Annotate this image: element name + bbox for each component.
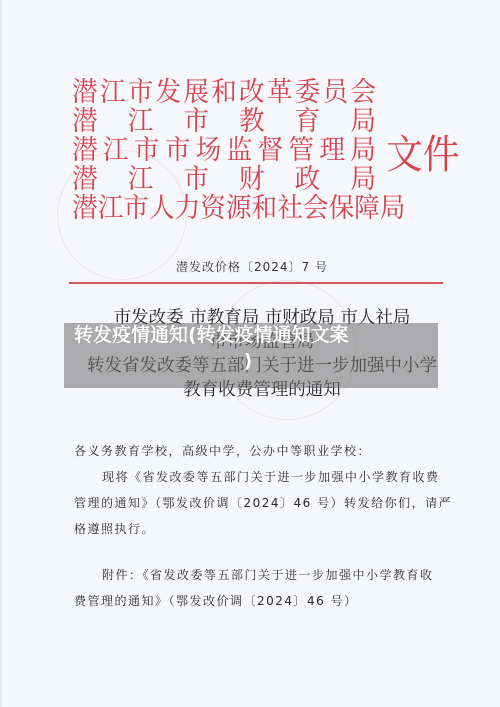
issuer-header: 潜 江 市 发 展 和 改 革 委 员 会 潜 江 市 教 育 局 潜 江 市 … (72, 78, 392, 223)
char: 潜 (72, 194, 98, 223)
char: 管 (288, 136, 314, 165)
char: 江 (100, 78, 126, 107)
attachment-line-2: 费管理的通知》（鄂发改价调〔2024〕46 号） (74, 588, 444, 614)
overlay-title-line-1: 转发疫情通知(转发疫情通知文案 (68, 322, 428, 348)
issuer-line-5: 潜 江 市 人 力 资 源 和 社 会 保 障 局 (72, 194, 376, 223)
char: 潜 (72, 107, 98, 136)
body-line-3: 格遵照执行。 (74, 516, 444, 542)
char: 市 (134, 136, 160, 165)
char: 和 (252, 194, 278, 223)
document-body: 各义务教育学校，高级中学，公办中等职业学校： 现将《省发改委等五部门关于进一步加… (74, 438, 444, 542)
char: 局 (350, 165, 376, 194)
char: 和 (211, 78, 237, 107)
document-page: 潜 江 市 发 展 和 改 革 委 员 会 潜 江 市 教 育 局 潜 江 市 … (0, 0, 500, 707)
char: 局 (350, 136, 376, 165)
char: 市 (165, 136, 191, 165)
char: 展 (183, 78, 209, 107)
char: 江 (128, 165, 154, 194)
issuer-line-3: 潜 江 市 市 场 监 督 管 理 局 (72, 136, 376, 165)
issuer-line-1: 潜 江 市 发 展 和 改 革 委 员 会 (72, 78, 376, 107)
char: 局 (350, 107, 376, 136)
overlay-title-line-2: ) (68, 348, 428, 374)
char: 教 (239, 107, 265, 136)
salutation: 各义务教育学校，高级中学，公办中等职业学校： (74, 438, 444, 464)
char: 资 (200, 194, 226, 223)
red-divider (69, 282, 443, 284)
char: 财 (239, 165, 265, 194)
char: 局 (380, 194, 406, 223)
issuer-line-4: 潜 江 市 财 政 局 (72, 165, 376, 194)
char: 人 (149, 194, 175, 223)
char: 督 (258, 136, 284, 165)
char: 潜 (72, 78, 98, 107)
char: 监 (227, 136, 253, 165)
char: 潜 (72, 136, 98, 165)
char: 江 (103, 136, 129, 165)
char: 育 (295, 107, 321, 136)
char: 江 (128, 107, 154, 136)
doc-number: 潜发改价格〔2024〕7 号 (2, 258, 500, 275)
char: 政 (295, 165, 321, 194)
char: 社 (277, 194, 303, 223)
body-line-1: 现将《省发改委等五部门关于进一步加强中小学教育收费 (74, 464, 444, 490)
overlay-title: 转发疫情通知(转发疫情通知文案 ) (68, 322, 428, 374)
char: 会 (350, 78, 376, 107)
char: 源 (226, 194, 252, 223)
char: 场 (196, 136, 222, 165)
char: 市 (183, 165, 209, 194)
issuer-line-2: 潜 江 市 教 育 局 (72, 107, 376, 136)
char: 市 (183, 107, 209, 136)
char: 保 (329, 194, 355, 223)
char: 市 (128, 78, 154, 107)
char: 理 (319, 136, 345, 165)
char: 力 (175, 194, 201, 223)
body-line-2: 管理的通知》（鄂发改价调〔2024〕46 号）转发给你们，请严 (74, 490, 444, 516)
attachment-note: 附件：《省发改委等五部门关于进一步加强中小学教育收 费管理的通知》（鄂发改价调〔… (74, 562, 444, 614)
char: 会 (303, 194, 329, 223)
char: 市 (123, 194, 149, 223)
char: 发 (155, 78, 181, 107)
char: 委 (295, 78, 321, 107)
char: 潜 (72, 165, 98, 194)
char: 改 (239, 78, 265, 107)
char: 员 (322, 78, 348, 107)
char: 革 (267, 78, 293, 107)
doc-type-label: 文件 (386, 133, 460, 177)
char: 江 (98, 194, 124, 223)
attachment-line-1: 附件：《省发改委等五部门关于进一步加强中小学教育收 (74, 562, 444, 588)
char: 障 (354, 194, 380, 223)
